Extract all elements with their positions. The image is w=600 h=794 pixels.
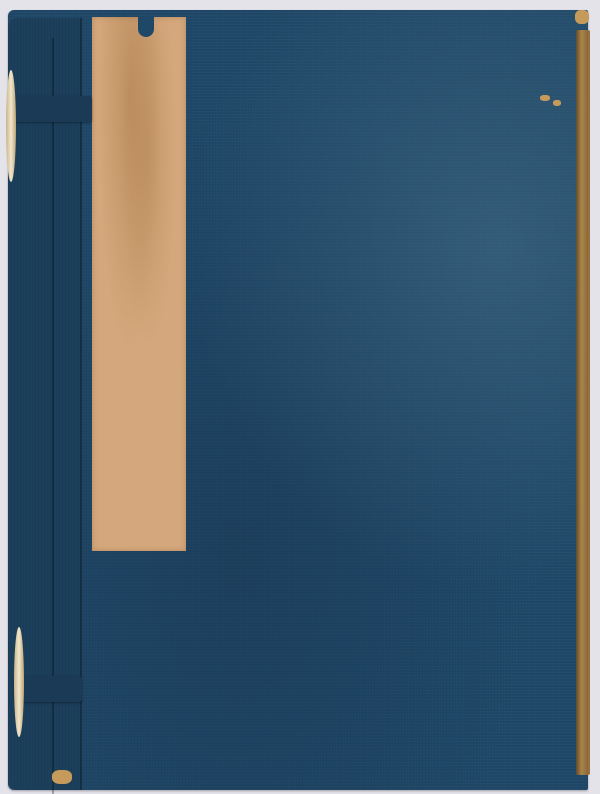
cloth-wear-spot (52, 770, 72, 784)
title-label-slip (92, 17, 186, 551)
clasp-strap-top (10, 96, 92, 122)
page-edge (576, 30, 590, 775)
label-tear (138, 17, 154, 37)
bone-toggle-top (6, 70, 16, 182)
cloth-wear-spot (575, 10, 589, 24)
cloth-wear-spot (553, 100, 561, 106)
cloth-wear-spot (540, 95, 550, 101)
clasp-strap-bottom (14, 676, 82, 702)
bone-toggle-bottom (14, 627, 24, 737)
